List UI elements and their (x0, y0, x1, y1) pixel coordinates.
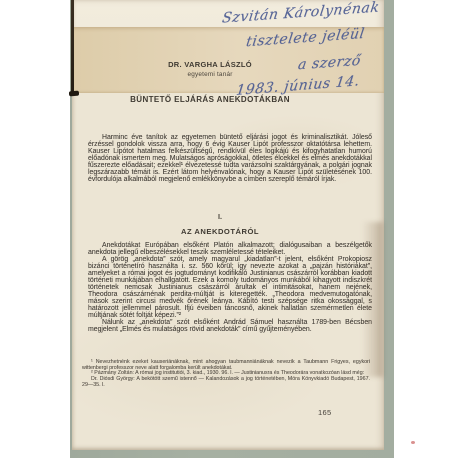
section-paragraph-block: Anekdotákat Európában elsőként Platón al… (88, 242, 372, 333)
paragraph: Anekdotákat Európában elsőként Platón al… (88, 242, 372, 256)
intro-paragraph-block: Harminc éve tanítok az egyetemen büntető… (88, 134, 372, 183)
page-curl-shadow (362, 222, 383, 377)
scan-background: { "dedication": { "line1": "Szvitán Káro… (0, 0, 458, 458)
article-title: BÜNTETŐ ELJÁRÁS ANEKDOTÁKBAN (85, 95, 335, 104)
section-numeral: I. (90, 212, 350, 221)
footnote-block: ¹ Nevezhetnénk ezeket kauseriánáknak, mi… (82, 360, 370, 389)
page-edge-line (71, 0, 74, 95)
paragraph: Nálunk az „anekdota” szót elsőként Andrá… (88, 319, 372, 333)
section-title: AZ ANEKDOTÁRÓL (90, 227, 350, 236)
paragraph: A görög „anekdota” szót, amely magyarul … (88, 256, 372, 319)
page-number: 165 (318, 408, 331, 417)
footnote: Dr. Diósdi György: A bekötött szemű iste… (82, 377, 370, 388)
page-edge-mark (69, 91, 79, 97)
paragraph: Harminc éve tanítok az egyetemen büntető… (88, 134, 372, 183)
ink-speck (411, 441, 415, 444)
